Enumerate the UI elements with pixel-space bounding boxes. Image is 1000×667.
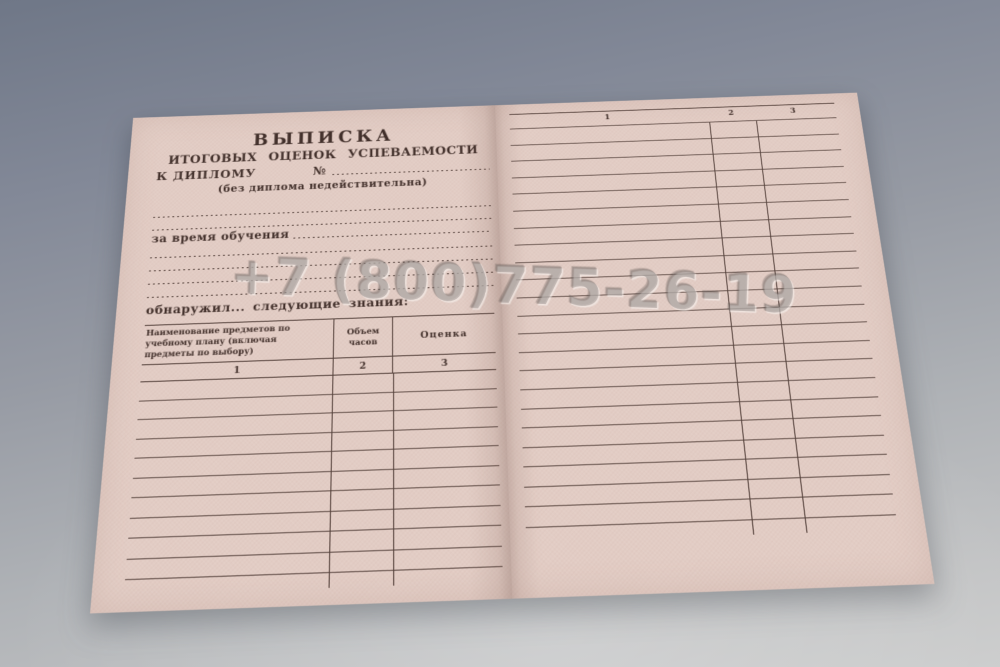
- right-page: 1 2 3: [495, 93, 934, 599]
- subjects-table-body: [125, 370, 503, 580]
- grade-column-header: Оценка: [393, 314, 496, 356]
- column-divider-line: [393, 374, 394, 586]
- subject-name-column-header: Наименование предметов по учебному плану…: [142, 319, 334, 364]
- transcript-booklet: ВЫПИСКА ИТОГОВЫХ ОЦЕНОК УСПЕВАЕМОСТИ К Д…: [90, 93, 934, 614]
- subjects-table: Наименование предметов по учебному плану…: [125, 313, 503, 581]
- column-number: 1: [604, 113, 610, 122]
- hours-column-header: Объем часов: [333, 317, 393, 358]
- number-sign-label: №: [313, 164, 327, 178]
- continuation-table-body: [510, 118, 896, 528]
- left-page: ВЫПИСКА ИТОГОВЫХ ОЦЕНОК УСПЕВАЕМОСТИ К Д…: [90, 105, 512, 613]
- continuation-table: 1 2 3: [509, 103, 896, 529]
- column-number: 2: [333, 357, 393, 375]
- column-number: 2: [728, 109, 735, 118]
- column-number: 3: [790, 107, 797, 116]
